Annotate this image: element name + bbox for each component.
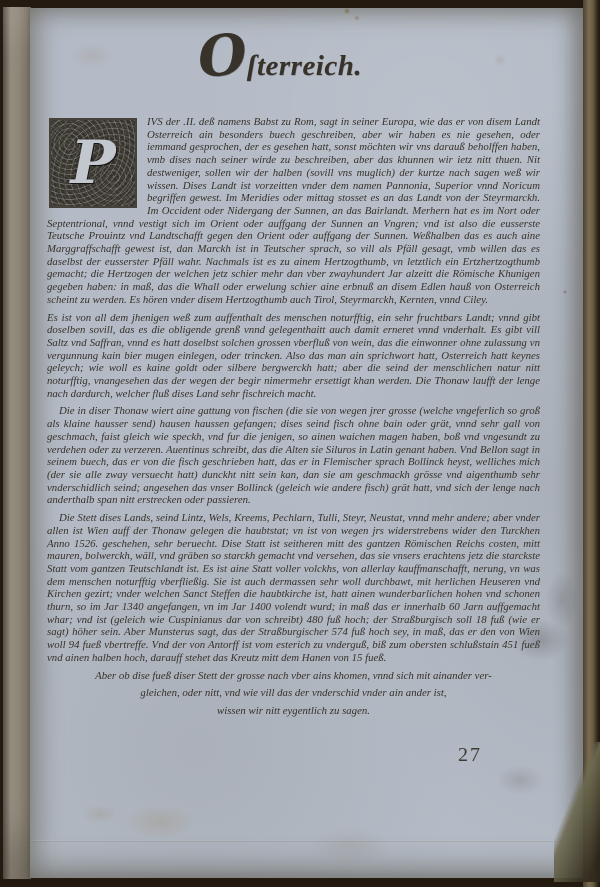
closing-line-2: gleichen, oder nitt, vnd wie vill das de… bbox=[47, 687, 540, 700]
page-number: 27 bbox=[458, 744, 482, 767]
drop-cap-letter: P bbox=[70, 133, 115, 193]
title-initial-letter: O bbox=[196, 26, 249, 86]
woodcut-drop-cap: P bbox=[49, 118, 137, 208]
title-text: ſterreich. bbox=[247, 50, 362, 82]
paper-crease-line bbox=[30, 840, 583, 842]
body-paragraph-3: Die in diser Thonaw wiert aine gattung v… bbox=[47, 405, 540, 507]
body-paragraph-4: Die Stett dises Lands, seind Lintz, Wels… bbox=[47, 512, 540, 664]
body-paragraph-2: Es ist von all dem jhenigen weß zum auff… bbox=[47, 312, 540, 401]
text-block: PIVS der .II. deß namens Babst zu Rom, s… bbox=[47, 116, 540, 723]
book-photo: Oſterreich. PIVS der .II. deß namens Bab… bbox=[0, 0, 600, 887]
book-corner-page-stack bbox=[554, 742, 600, 882]
page-title: Oſterreich. bbox=[198, 28, 362, 84]
closing-line-3: wissen wir nitt eygentlich zu sagen. bbox=[47, 705, 540, 718]
body-paragraph-1: PIVS der .II. deß namens Babst zu Rom, s… bbox=[47, 116, 540, 307]
book-page: Oſterreich. PIVS der .II. deß namens Bab… bbox=[30, 8, 583, 878]
book-gutter-shadow bbox=[3, 7, 31, 879]
closing-line-1: Aber ob dise fueß diser Stett der grosse… bbox=[47, 670, 540, 683]
